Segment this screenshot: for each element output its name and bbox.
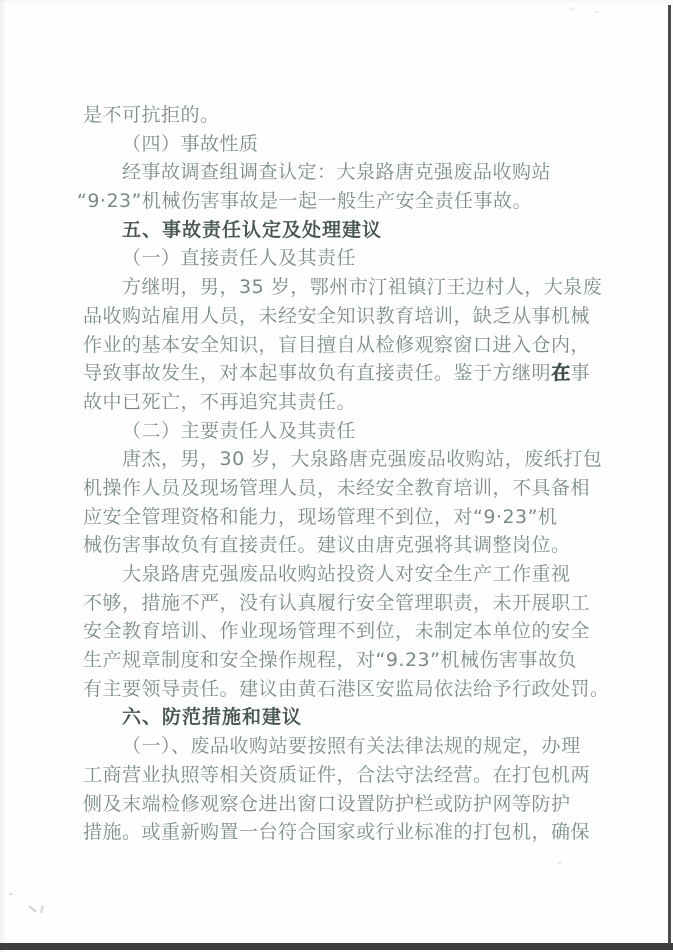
paper-smudge [570, 7, 575, 11]
text-segment: 应安全管理资格和能力，现场管理不到位，对“9·23”机 [83, 506, 558, 528]
text-segment: （四）事故性质 [122, 133, 259, 155]
text-line: 安全教育培训、作业现场管理不到位，未制定本单位的安全 [83, 617, 605, 646]
text-line: （二）主要责任人及其责任 [83, 417, 605, 446]
scan-bottom-edge-band [0, 943, 673, 950]
text-line: 唐杰，男，30 岁，大泉路唐克强废品收购站，废纸打包 [83, 445, 605, 474]
text-segment: （一）直接责任人及其责任 [122, 247, 356, 269]
text-segment: 安全教育培训、作业现场管理不到位，未制定本单位的安全 [83, 620, 590, 642]
text-segment: 导致事故发生，对本起事故负有直接责任。鉴于方继明 [83, 362, 551, 384]
text-line: 有主要领导责任。建议由黄石港区安监局依法给予行政处罚。 [83, 675, 605, 704]
paper-smudge [558, 862, 561, 864]
paper-smudge [28, 905, 36, 912]
text-segment: 六、防范措施和建议 [122, 706, 302, 728]
text-segment: 方继明，男，35 岁，鄂州市汀祖镇汀王边村人，大泉废 [122, 276, 602, 298]
text-line: 机操作人员及现场管理人员，未经安全教育培训，不具备相 [83, 474, 605, 503]
text-line: 工商营业执照等相关资质证件，合法守法经营。在打包机两 [83, 761, 605, 790]
text-line: 导致事故发生，对本起事故负有直接责任。鉴于方继明在事 [83, 359, 605, 388]
text-line: 经事故调查组调查认定：大泉路唐克强废品收购站 [83, 158, 605, 187]
paper-smudge [9, 893, 13, 895]
text-line: （一）、废品收购站要按照有关法律法规的规定，办理 [83, 732, 605, 761]
section-heading: 五、事故责任认定及处理建议 [83, 216, 605, 245]
text-line: （一）直接责任人及其责任 [83, 244, 605, 273]
text-line: （四）事故性质 [83, 130, 605, 159]
text-segment: （一）、废品收购站要按照有关法律法规的规定，办理 [122, 735, 581, 757]
document-text: 是不可抗拒的。（四）事故性质经事故调查组调查认定：大泉路唐克强废品收购站“9·2… [83, 101, 605, 847]
text-segment: 经事故调查组调查认定：大泉路唐克强废品收购站 [122, 161, 551, 183]
text-segment: 工商营业执照等相关资质证件，合法守法经营。在打包机两 [83, 764, 590, 786]
text-line: 械伤害事故负有直接责任。建议由唐克强将其调整岗位。 [83, 531, 605, 560]
text-line: 方继明，男，35 岁，鄂州市汀祖镇汀王边村人，大泉废 [83, 273, 605, 302]
scan-right-edge-line [668, 5, 671, 945]
text-line: 侧及末端检修观察仓进出窗口设置防护栏或防护网等防护 [83, 790, 605, 819]
text-segment: 唐杰，男，30 岁，大泉路唐克强废品收购站，废纸打包 [122, 448, 602, 470]
text-segment: 措施。或重新购置一台符合国家或行业标准的打包机，确保 [83, 821, 590, 843]
text-line: 不够，措施不严，没有认真履行安全管理职责，未开展职工 [83, 589, 605, 618]
scanned-document-page: 是不可抗拒的。（四）事故性质经事故调查组调查认定：大泉路唐克强废品收购站“9·2… [0, 0, 673, 952]
text-segment: 生产规章制度和安全操作规程，对“9.23”机械伤害事故负 [83, 649, 577, 671]
text-segment: 事 [571, 362, 591, 384]
section-heading: 六、防范措施和建议 [83, 703, 605, 732]
paper-smudge [595, 11, 599, 13]
text-line: 应安全管理资格和能力，现场管理不到位，对“9·23”机 [83, 503, 605, 532]
text-line: “9·23”机械伤害事故是一起一般生产安全责任事故。 [77, 187, 605, 216]
text-segment: 品收购站雇用人员，未经安全知识教育培训，缺乏从事机械 [83, 305, 590, 327]
text-segment: “9·23”机械伤害事故是一起一般生产安全责任事故。 [77, 190, 532, 212]
overstruck-char: 在 [551, 362, 571, 384]
scan-top-edge-shade [0, 0, 673, 4]
text-line: 措施。或重新购置一台符合国家或行业标准的打包机，确保 [83, 818, 605, 847]
text-segment: 五、事故责任认定及处理建议 [122, 219, 382, 241]
text-segment: 作业的基本安全知识，盲目擅自从检修观察窗口进入仓内， [83, 334, 590, 356]
text-segment: 有主要领导责任。建议由黄石港区安监局依法给予行政处罚。 [83, 678, 610, 700]
text-segment: （二）主要责任人及其责任 [122, 420, 356, 442]
paper-smudge [40, 905, 44, 913]
text-segment: 不够，措施不严，没有认真履行安全管理职责，未开展职工 [83, 592, 590, 614]
text-line: 生产规章制度和安全操作规程，对“9.23”机械伤害事故负 [83, 646, 605, 675]
text-line: 故中已死亡，不再追究其责任。 [83, 388, 605, 417]
text-segment: 械伤害事故负有直接责任。建议由唐克强将其调整岗位。 [83, 534, 571, 556]
text-segment: 是不可抗拒的。 [83, 104, 220, 126]
text-segment: 机操作人员及现场管理人员，未经安全教育培训，不具备相 [83, 477, 590, 499]
text-line: 大泉路唐克强废品收购站投资人对安全生产工作重视 [83, 560, 605, 589]
text-line: 作业的基本安全知识，盲目擅自从检修观察窗口进入仓内， [83, 331, 605, 360]
text-segment: 故中已死亡，不再追究其责任。 [83, 391, 356, 413]
text-segment: 侧及末端检修观察仓进出窗口设置防护栏或防护网等防护 [83, 793, 571, 815]
text-line: 品收购站雇用人员，未经安全知识教育培训，缺乏从事机械 [83, 302, 605, 331]
scan-left-edge-shade [0, 0, 6, 952]
text-segment: 大泉路唐克强废品收购站投资人对安全生产工作重视 [122, 563, 571, 585]
text-line: 是不可抗拒的。 [83, 101, 605, 130]
